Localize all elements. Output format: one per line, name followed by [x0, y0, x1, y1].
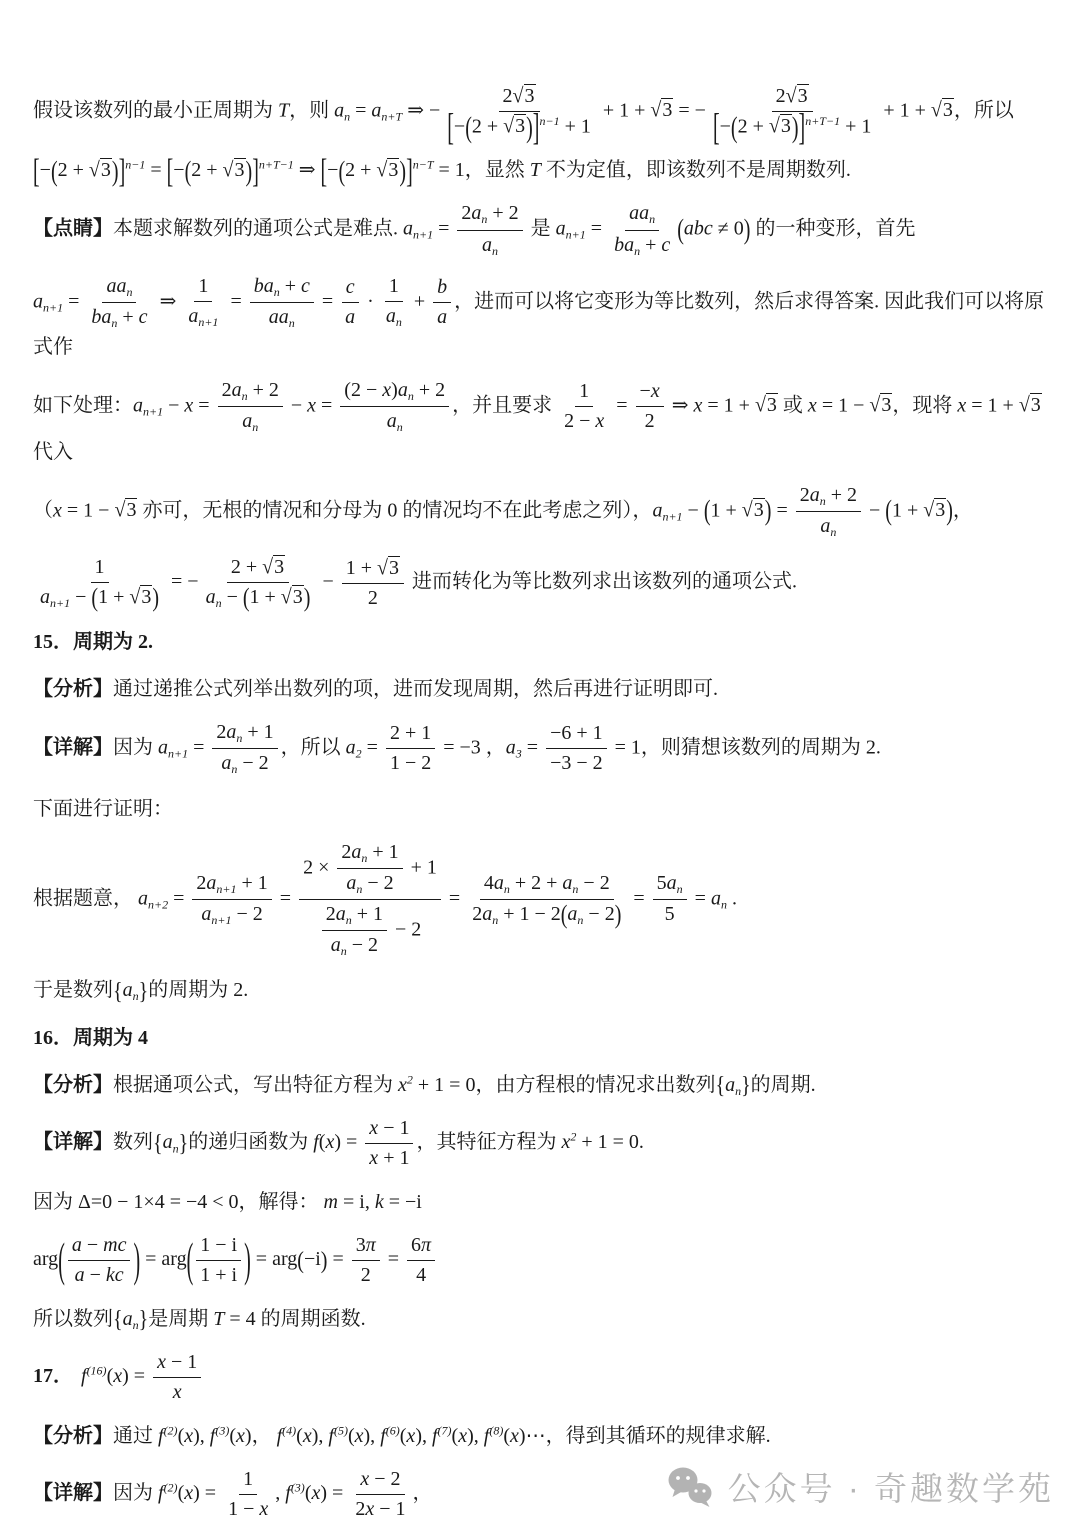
text-run: 4	[484, 872, 494, 894]
math-variable: a	[123, 979, 133, 1001]
math-variable: x	[184, 394, 193, 416]
text-run: −6 + 1	[550, 722, 603, 744]
text-run: =	[771, 499, 792, 521]
text-run: 2	[216, 721, 226, 743]
text-run: ) =	[193, 1482, 221, 1504]
text-run: 所以数列	[33, 1308, 113, 1330]
text-run: = −	[673, 99, 706, 121]
superscript: (5)	[334, 1424, 348, 1438]
text-run: −	[286, 394, 307, 416]
text-run: 2	[800, 484, 810, 506]
text-run: −	[163, 394, 184, 416]
text-run: −	[317, 571, 338, 593]
text-run: arg	[33, 1248, 58, 1270]
bracket: ]	[252, 155, 259, 189]
sqrt-expression: √3	[650, 94, 673, 126]
math-variable: a	[158, 736, 168, 758]
subscript: n+1	[168, 747, 188, 761]
text-run: −	[454, 115, 465, 137]
paragraph: 【分析】通过 f(2)(x), f(3)(x)， f(4)(x), f(5)(x…	[33, 1420, 1052, 1452]
text-run: (	[296, 1425, 303, 1447]
text-run: ⇒	[155, 290, 182, 312]
text-run: 2 + 1	[390, 722, 431, 744]
fraction: 1an+1 − (1 + √3)	[36, 555, 163, 611]
subscript: n+1	[413, 228, 433, 242]
document-page: 假设该数列的最小正周期为 T，则 an = an+T ⇒ −2√3[−(2 + …	[0, 0, 1080, 1522]
sqrt-expression: √3	[742, 494, 765, 526]
text-run: =	[690, 887, 711, 909]
text-run: 的周期为 2.	[148, 979, 248, 1001]
math-variable: a	[336, 903, 346, 925]
text-run: 2	[776, 85, 786, 107]
math-variable: a	[351, 841, 361, 863]
text-run: = −i	[384, 1191, 422, 1213]
paragraph: 16．周期为 4	[33, 1022, 1052, 1054]
bracket: )	[399, 158, 406, 186]
sqrt-expression: √3	[513, 84, 536, 109]
bold-text: 16．周期为 4	[33, 1027, 148, 1049]
math-variable: c	[661, 234, 670, 256]
text-run: =	[444, 887, 465, 909]
superscript: n−1	[125, 158, 145, 172]
text-run: 的周期.	[751, 1074, 816, 1096]
paragraph: 所以数列{an}是周期 T = 4 的周期函数.	[33, 1303, 1052, 1335]
text-run: 2	[461, 202, 471, 224]
math-variable: ba	[91, 306, 111, 328]
text-run: ，并且要求	[452, 394, 557, 416]
math-variable: a	[403, 218, 413, 240]
math-variable: a	[471, 202, 481, 224]
fraction: 6π4	[407, 1233, 435, 1288]
superscript: (6)	[386, 1424, 400, 1438]
sqrt-expression: √3	[223, 154, 246, 186]
math-variable: a	[75, 1264, 85, 1286]
text-run: − 2	[583, 903, 614, 925]
fraction: 2an + 1an − 2	[322, 902, 387, 959]
math-variable: x	[360, 1468, 369, 1490]
bracket: }	[139, 1308, 149, 1332]
superscript: n−1	[539, 114, 559, 128]
sqrt-expression: √3	[1019, 389, 1042, 421]
watermark-label: 公众号 · 奇趣数学苑	[728, 1463, 1054, 1510]
text-run: 4	[416, 1264, 426, 1286]
text-run: 2 +	[231, 556, 262, 578]
text-run: 2	[355, 1498, 365, 1520]
fraction: 2an + 2an	[218, 378, 283, 435]
math-variable: a	[345, 306, 355, 328]
math-variable: a	[133, 394, 143, 416]
text-run: 或	[778, 394, 808, 416]
text-run: +	[640, 234, 661, 256]
bracket: (	[58, 1237, 65, 1285]
math-variable: x	[307, 394, 316, 416]
math-variable: a	[226, 721, 236, 743]
math-variable: x	[259, 1498, 268, 1520]
math-variable: x	[406, 1425, 415, 1447]
text-run: = −	[166, 571, 199, 593]
fraction: 2 + 11 − 2	[386, 721, 435, 776]
math-variable: a	[334, 99, 344, 121]
text-run: 2 +	[191, 159, 222, 181]
superscript: (8)	[489, 1424, 503, 1438]
math-variable: a	[437, 306, 447, 328]
math-variable: a	[206, 872, 216, 894]
fraction: 2an + 2an	[457, 201, 522, 258]
subscript: n	[396, 316, 402, 330]
text-run: 1 −	[228, 1498, 259, 1520]
text-run: − 2	[232, 903, 263, 925]
math-variable: a	[201, 903, 211, 925]
text-run: = 1，显然	[434, 159, 530, 181]
math-variable: x	[236, 1425, 245, 1447]
text-run: =	[362, 736, 383, 758]
math-variable: a	[711, 887, 721, 909]
text-run: ),	[312, 1425, 329, 1447]
superscript: (16)	[87, 1364, 107, 1378]
math-variable: a	[810, 484, 820, 506]
text-run: = 1 +	[966, 394, 1019, 416]
text-run: −i	[304, 1248, 321, 1270]
sqrt-expression: √3	[869, 389, 892, 421]
text-run: 通过递推公式列举出数列的项，进而发现周期，然后再进行证明即可.	[113, 678, 718, 700]
text-run: −3 − 2	[550, 752, 603, 774]
sqrt-expression: √3	[114, 494, 137, 526]
subscript: n	[649, 213, 655, 227]
math-variable: T	[213, 1308, 224, 1330]
text-run: = i,	[338, 1191, 375, 1213]
fraction: a − mca − kc	[68, 1233, 131, 1288]
text-run: =	[350, 99, 371, 121]
subscript: n+1	[662, 509, 682, 523]
bold-text: 【分析】	[33, 1074, 113, 1096]
superscript: (4)	[282, 1424, 296, 1438]
fraction: ca	[341, 275, 359, 330]
paragraph: 【点睛】本题求解数列的通项公式是难点. an+1 = 2an + 2an 是 a…	[33, 201, 1052, 258]
fraction: 2an+1 + 1an+1 − 2	[192, 871, 271, 928]
bracket: )	[152, 585, 159, 611]
paragraph: 【分析】根据通项公式，写出特征方程为 x2 + 1 = 0，由方程根的情况求出数…	[33, 1069, 1052, 1101]
math-variable: c	[301, 275, 310, 297]
paragraph: 【详解】因为 an+1 = 2an + 1an − 2，所以 a2 = 2 + …	[33, 720, 1052, 777]
subscript: n	[252, 421, 258, 435]
text-run: ⇒	[294, 159, 321, 181]
text-run: + 2	[826, 484, 857, 506]
text-run: = 1 +	[702, 394, 755, 416]
text-run: (2 −	[344, 379, 382, 401]
text-run: ，其特征方程为	[416, 1131, 561, 1153]
bracket: [	[167, 155, 174, 189]
subscript: n+1	[143, 405, 163, 419]
sqrt-expression: √3	[129, 585, 152, 610]
math-variable: a	[331, 934, 341, 956]
text-run: 亦可，无根的情况和分母为 0 的情况均不在此考虑之列），	[137, 499, 652, 521]
fraction: 1an	[382, 274, 406, 330]
text-run: ),	[364, 1425, 381, 1447]
bracket: )	[304, 585, 311, 611]
text-run: ≠ 0	[713, 218, 744, 240]
fraction: 2an + 1an − 2	[337, 840, 402, 897]
bracket: (	[243, 585, 250, 611]
text-run: = 1，则猜想该数列的周期为 2.	[610, 736, 881, 758]
math-variable: a	[33, 290, 43, 312]
bracket: (	[91, 585, 98, 611]
bracket: ]	[799, 109, 806, 147]
text-run: −	[70, 586, 91, 608]
text-run: ),	[467, 1425, 484, 1447]
text-run: =	[611, 394, 632, 416]
text-run: 2 +	[738, 115, 769, 137]
fraction: aanban + c	[87, 274, 151, 331]
text-run: =	[383, 1248, 404, 1270]
text-run: −	[683, 499, 704, 521]
text-run: =	[145, 159, 166, 181]
paragraph: 【详解】数列{an}的递归函数为 f(x) = x − 1x + 1，其特征方程…	[33, 1116, 1052, 1171]
math-variable: x	[173, 1381, 182, 1403]
text-run: − 1	[166, 1351, 197, 1373]
text-run: ⇒ −	[402, 99, 440, 121]
math-variable: x	[53, 499, 62, 521]
bracket: )	[133, 1237, 140, 1285]
bracket: )	[615, 902, 622, 928]
fraction: 4an + 2 + an − 22an + 1 − 2(an − 2)	[468, 871, 625, 928]
math-variable: x	[369, 1147, 378, 1169]
subscript: n	[397, 421, 403, 435]
text-run: =	[522, 736, 543, 758]
bracket: {	[113, 980, 123, 1004]
text-run: 2 ×	[303, 856, 334, 878]
text-run: 代入	[33, 441, 73, 463]
text-run: + 1	[378, 1147, 409, 1169]
fraction: aanban + c	[610, 201, 674, 258]
math-variable: a	[506, 736, 516, 758]
text-run: =	[628, 887, 649, 909]
math-variable: x	[957, 394, 966, 416]
text-run: 5	[665, 903, 675, 925]
text-run: + 2	[487, 202, 518, 224]
text-run: 1 − i	[200, 1234, 237, 1256]
text-run: )，	[245, 1425, 277, 1447]
text-run: + 2 +	[510, 872, 563, 894]
text-run: − 2	[347, 934, 378, 956]
math-variable: x	[458, 1425, 467, 1447]
bracket: }	[139, 980, 149, 1004]
text-run: = 1 −	[62, 499, 115, 521]
wechat-icon	[666, 1465, 716, 1509]
math-variable: a	[398, 379, 408, 401]
bold-text: 【点睛】	[33, 218, 113, 240]
paragraph: 因为 Δ=0 − 1×4 = −4 < 0，解得： m = i, k = −i	[33, 1186, 1052, 1218]
bracket: (	[185, 158, 192, 186]
text-run: − 1	[378, 1117, 409, 1139]
text-run: 2	[368, 587, 378, 609]
math-variable: kc	[106, 1264, 124, 1286]
math-variable: x	[113, 1365, 122, 1387]
math-variable: a	[221, 752, 231, 774]
math-variable: a	[556, 218, 566, 240]
sqrt-expression: √3	[281, 585, 304, 610]
text-run: =	[586, 218, 607, 240]
text-run: = arg	[140, 1248, 186, 1270]
math-variable: a	[386, 305, 396, 327]
math-variable: b	[437, 276, 447, 298]
subscript: n+1	[216, 882, 236, 896]
math-variable: a	[232, 379, 242, 401]
superscript: (2)	[164, 1424, 178, 1438]
math-variable: a	[206, 586, 216, 608]
math-variable: c	[139, 306, 148, 328]
math-variable: a	[123, 1308, 133, 1330]
text-run: ·	[362, 290, 379, 312]
bracket: (	[187, 1237, 194, 1285]
text-run: 通过	[113, 1425, 158, 1447]
math-variable: aa	[106, 275, 126, 297]
math-variable: a	[494, 872, 504, 894]
math-variable: a	[820, 515, 830, 537]
bracket: {	[113, 1308, 123, 1332]
bold-text: 【详解】	[33, 1482, 113, 1504]
text-run: =	[275, 887, 296, 909]
subscript: n	[830, 525, 836, 539]
text-run: + 1 − 2	[498, 903, 561, 925]
fraction: x − 22x − 1	[351, 1467, 409, 1522]
text-run: + 2	[414, 379, 445, 401]
text-run: ，所以	[954, 99, 1014, 121]
superscript: (2)	[164, 1481, 178, 1495]
fraction: −6 + 1−3 − 2	[546, 721, 607, 776]
text-run: )	[391, 379, 398, 401]
math-variable: ba	[254, 275, 274, 297]
math-variable: a	[188, 305, 198, 327]
bracket: )	[246, 158, 253, 186]
bracket: (	[704, 497, 711, 525]
math-variable: x	[184, 1425, 193, 1447]
sqrt-expression: √3	[786, 84, 809, 109]
bracket: }	[179, 1132, 189, 1156]
text-run: ，则	[289, 99, 334, 121]
math-variable: x	[510, 1425, 519, 1447]
text-run: =	[327, 1248, 348, 1270]
text-run: 进而转化为等比数列求出该数列的通项公式.	[407, 571, 797, 593]
bracket: ]	[119, 155, 126, 189]
bracket: ]	[533, 109, 540, 147]
text-run: 1 +	[98, 586, 129, 608]
math-variable: T	[278, 99, 289, 121]
bracket: )	[744, 216, 751, 244]
bracket: [	[713, 109, 720, 147]
bold-text: 【详解】	[33, 736, 113, 758]
bracket: [	[447, 109, 454, 147]
bracket: (	[465, 113, 472, 143]
bold-text: 【分析】	[33, 1425, 113, 1447]
text-run: = arg	[251, 1248, 297, 1270]
text-run: 5	[657, 872, 667, 894]
sqrt-expression: √3	[377, 556, 400, 581]
wechat-watermark: 公众号 · 奇趣数学苑	[666, 1463, 1054, 1510]
text-run: 如下处理：	[33, 394, 133, 416]
math-lines: 假设该数列的最小正周期为 T，则 an = an+T ⇒ −2√3[−(2 + …	[33, 84, 1052, 1522]
paragraph: 如下处理：an+1 − x = 2an + 2an − x = (2 − x)a…	[33, 378, 1052, 467]
text-run: 数列	[113, 1131, 153, 1153]
text-run: =	[433, 218, 454, 240]
math-variable: x	[325, 1131, 334, 1153]
superscript: (3)	[291, 1481, 305, 1495]
bold-text: 【分析】	[33, 678, 113, 700]
math-variable: a	[652, 499, 662, 521]
math-variable: x	[398, 1074, 407, 1096]
math-variable: π	[366, 1234, 376, 1256]
paragraph: 17．f(16)(x) = x − 1x	[33, 1350, 1052, 1405]
text-run: − 2	[578, 872, 609, 894]
text-run: =	[188, 736, 209, 758]
paragraph: 于是数列{an}的周期为 2.	[33, 974, 1052, 1006]
bracket: (	[885, 497, 892, 525]
math-variable: a	[72, 1234, 82, 1256]
text-run: + 1	[352, 903, 383, 925]
text-run: ) =	[320, 1482, 348, 1504]
text-run: +	[280, 275, 301, 297]
subscript: n	[126, 285, 132, 299]
text-run: +	[117, 306, 138, 328]
math-variable: a	[482, 234, 492, 256]
bracket: ]	[406, 155, 413, 189]
math-variable: aa	[629, 202, 649, 224]
text-run: 2	[222, 379, 232, 401]
text-run: 2 +	[58, 159, 89, 181]
text-run: 因为 Δ=0 − 1×4 = −4 < 0，解得：	[33, 1191, 324, 1213]
bracket: (	[731, 113, 738, 143]
text-run: 1 +	[711, 499, 742, 521]
subscript: n+1	[50, 596, 70, 610]
text-run: ,	[275, 1482, 285, 1504]
text-run: 1	[95, 556, 105, 578]
text-run: 2	[503, 85, 513, 107]
text-run: 2	[361, 1264, 371, 1286]
superscript: n+T−1	[259, 158, 294, 172]
text-run: 于是数列	[33, 979, 113, 1001]
text-run: .	[727, 887, 737, 909]
sqrt-expression: √3	[769, 114, 792, 139]
math-variable: a	[138, 887, 148, 909]
text-run: = −3 ，	[438, 736, 506, 758]
text-run: 的递归函数为	[188, 1131, 313, 1153]
bracket: )	[321, 1249, 328, 1273]
math-variable: x	[184, 1482, 193, 1504]
math-variable: x	[382, 379, 391, 401]
math-variable: a	[562, 872, 572, 894]
math-variable: x	[369, 1117, 378, 1139]
math-variable: abc	[684, 218, 713, 240]
math-variable: a	[163, 1131, 173, 1153]
text-run: − 2	[390, 918, 421, 940]
text-run: =	[316, 394, 337, 416]
math-variable: x	[808, 394, 817, 416]
text-run: 2 +	[345, 159, 376, 181]
text-run: 2	[645, 410, 655, 432]
text-run: 3	[356, 1234, 366, 1256]
text-run: + 1 = 0.	[576, 1131, 644, 1153]
text-run: =	[63, 290, 84, 312]
text-run: −	[85, 1264, 106, 1286]
subscript: n	[492, 244, 498, 258]
text-run: 1 +	[892, 499, 923, 521]
text-run: (	[503, 1425, 510, 1447]
math-variable: x	[365, 1498, 374, 1520]
math-variable: ba	[614, 234, 634, 256]
bracket: )	[792, 113, 799, 143]
text-run: + 2	[248, 379, 279, 401]
text-run: 2 +	[472, 115, 503, 137]
text-run: 不为定值，即该数列不是周期数列.	[541, 159, 851, 181]
